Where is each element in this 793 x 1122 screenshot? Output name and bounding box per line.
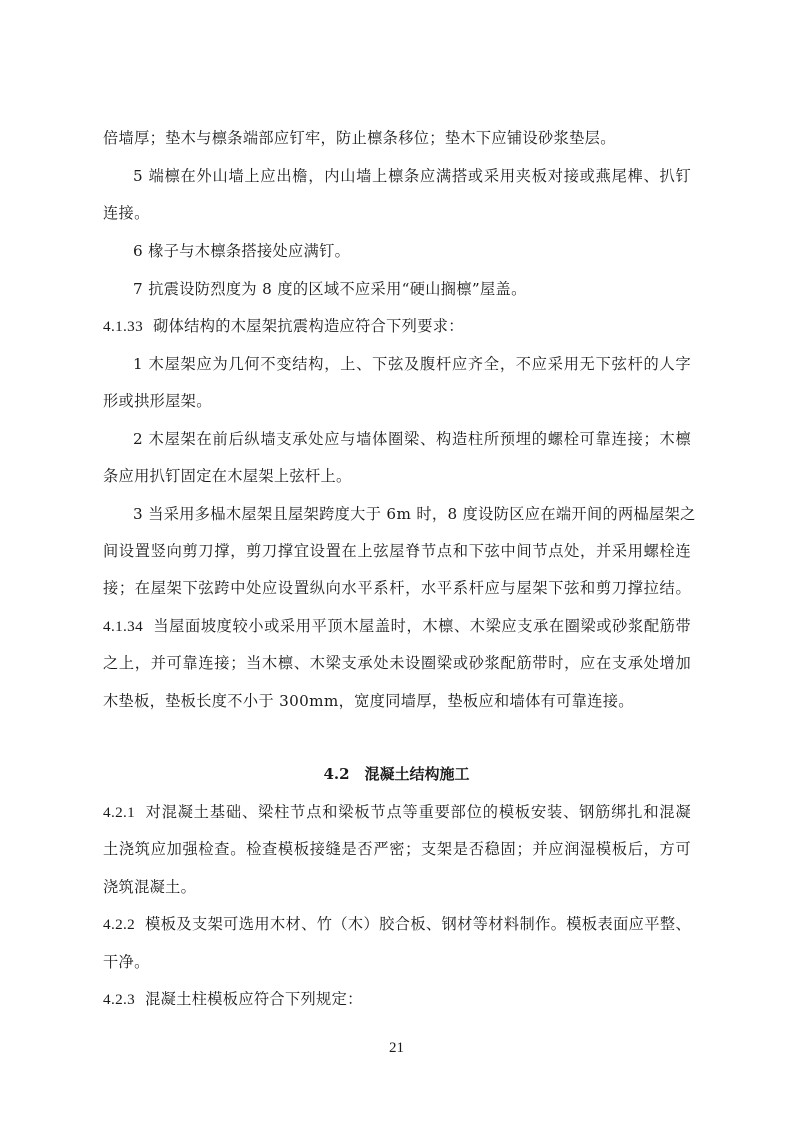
line-text: 之上，并可靠连接；当木檩、木梁支承处未设圈梁或砂浆配筋带时，应在支承处增加 xyxy=(103,654,691,672)
paragraph-line: 间设置竖向剪刀撑，剪刀撑宜设置在上弦屋脊节点和下弦中间节点处，并采用螺栓连 xyxy=(103,541,691,561)
paragraph-line: 7 抗震设防烈度为 8 度的区域不应采用“硬山搁檩”屋盖。 xyxy=(133,279,691,299)
clause-number: 4.2.3 xyxy=(103,991,135,1008)
document-page: 倍墙厚；垫木与檩条端部应钉牢，防止檩条移位；垫木下应铺设砂浆垫层。 5 端檩在外… xyxy=(0,0,793,1122)
page-number: 21 xyxy=(0,1038,793,1058)
line-text: 连接。 xyxy=(103,204,150,222)
paragraph-line: 接；在屋架下弦跨中处应设置纵向水平系杆，水平系杆应与屋架下弦和剪刀撑拉结。 xyxy=(103,578,691,598)
paragraph-line: 2 木屋架在前后纵墙支承处应与墙体圈梁、构造柱所预埋的螺栓可靠连接；木檩 xyxy=(133,429,691,449)
clause-line: 4.2.1对混凝土基础、梁柱节点和梁板节点等重要部位的模板安装、钢筋绑扎和混凝 xyxy=(103,802,691,823)
line-text: 当屋面坡度较小或采用平顶木屋盖时，木檩、木梁应支承在圈梁或砂浆配筋带 xyxy=(153,617,691,635)
line-text: 2 木屋架在前后纵墙支承处应与墙体圈梁、构造柱所预埋的螺栓可靠连接；木檩 xyxy=(133,430,691,448)
line-text: 模板及支架可选用木材、竹（木）胶合板、钢材等材料制作。模板表面应平整、 xyxy=(145,915,691,933)
paragraph-line: 干净。 xyxy=(103,952,691,972)
line-text: 条应用扒钉固定在木屋架上弦杆上。 xyxy=(103,467,352,485)
line-text: 土浇筑应加强检查。检查模板接缝是否严密；支架是否稳固；并应润湿模板后，方可 xyxy=(103,840,691,858)
paragraph-line: 土浇筑应加强检查。检查模板接缝是否严密；支架是否稳固；并应润湿模板后，方可 xyxy=(103,839,691,859)
line-text: 形或拱形屋架。 xyxy=(103,392,212,410)
paragraph-line: 木垫板，垫板长度不小于 300mm，宽度同墙厚，垫板应和墙体有可靠连接。 xyxy=(103,691,691,711)
clause-line: 4.2.2模板及支架可选用木材、竹（木）胶合板、钢材等材料制作。模板表面应平整、 xyxy=(103,914,691,935)
clause-line: 4.1.34当屋面坡度较小或采用平顶木屋盖时，木檩、木梁应支承在圈梁或砂浆配筋带 xyxy=(103,616,691,637)
line-text: 砌体结构的木屋架抗震构造应符合下列要求： xyxy=(153,317,464,335)
line-text: 6 椽子与木檩条搭接处应满钉。 xyxy=(133,242,350,260)
paragraph-line: 连接。 xyxy=(103,203,691,223)
clause-number: 4.2.2 xyxy=(103,916,135,933)
section-heading: 4.2 混凝土结构施工 xyxy=(0,764,793,784)
line-text: 5 端檩在外山墙上应出檐，内山墙上檩条应满搭或采用夹板对接或燕尾榫、扒钉 xyxy=(133,167,691,185)
line-text: 浇筑混凝土。 xyxy=(103,878,196,896)
paragraph-line: 形或拱形屋架。 xyxy=(103,391,691,411)
paragraph-line: 条应用扒钉固定在木屋架上弦杆上。 xyxy=(103,466,691,486)
line-text: 1 木屋架应为几何不变结构，上、下弦及腹杆应齐全，不应采用无下弦杆的人字 xyxy=(133,355,691,373)
clause-number: 4.1.33 xyxy=(103,318,143,335)
line-text: 间设置竖向剪刀撑，剪刀撑宜设置在上弦屋脊节点和下弦中间节点处，并采用螺栓连 xyxy=(103,542,691,560)
line-text: 7 抗震设防烈度为 8 度的区域不应采用“硬山搁檩”屋盖。 xyxy=(133,280,527,298)
line-text: 对混凝土基础、梁柱节点和梁板节点等重要部位的模板安装、钢筋绑扎和混凝 xyxy=(145,803,691,821)
paragraph-line: 5 端檩在外山墙上应出檐，内山墙上檩条应满搭或采用夹板对接或燕尾榫、扒钉 xyxy=(133,166,691,186)
line-text: 接；在屋架下弦跨中处应设置纵向水平系杆，水平系杆应与屋架下弦和剪刀撑拉结。 xyxy=(103,579,691,597)
line-text: 干净。 xyxy=(103,953,150,971)
paragraph-line: 倍墙厚；垫木与檩条端部应钉牢，防止檩条移位；垫木下应铺设砂浆垫层。 xyxy=(103,128,691,148)
paragraph-line: 浇筑混凝土。 xyxy=(103,877,691,897)
paragraph-line: 之上，并可靠连接；当木檩、木梁支承处未设圈梁或砂浆配筋带时，应在支承处增加 xyxy=(103,653,691,673)
line-text: 混凝土柱模板应符合下列规定： xyxy=(145,990,363,1008)
line-text: 木垫板，垫板长度不小于 300mm，宽度同墙厚，垫板应和墙体有可靠连接。 xyxy=(103,692,634,710)
line-text: 倍墙厚；垫木与檩条端部应钉牢，防止檩条移位；垫木下应铺设砂浆垫层。 xyxy=(103,129,616,147)
clause-number: 4.2.1 xyxy=(103,804,135,821)
clause-number: 4.1.34 xyxy=(103,618,143,635)
paragraph-line: 3 当采用多榀木屋架且屋架跨度大于 6m 时，8 度设防区应在端开间的两榀屋架之 xyxy=(133,504,691,524)
paragraph-line: 1 木屋架应为几何不变结构，上、下弦及腹杆应齐全，不应采用无下弦杆的人字 xyxy=(133,354,691,374)
clause-line: 4.2.3混凝土柱模板应符合下列规定： xyxy=(103,989,691,1010)
clause-line: 4.1.33砌体结构的木屋架抗震构造应符合下列要求： xyxy=(103,316,691,337)
paragraph-line: 6 椽子与木檩条搭接处应满钉。 xyxy=(133,241,691,261)
line-text: 3 当采用多榀木屋架且屋架跨度大于 6m 时，8 度设防区应在端开间的两榀屋架之 xyxy=(133,505,696,523)
